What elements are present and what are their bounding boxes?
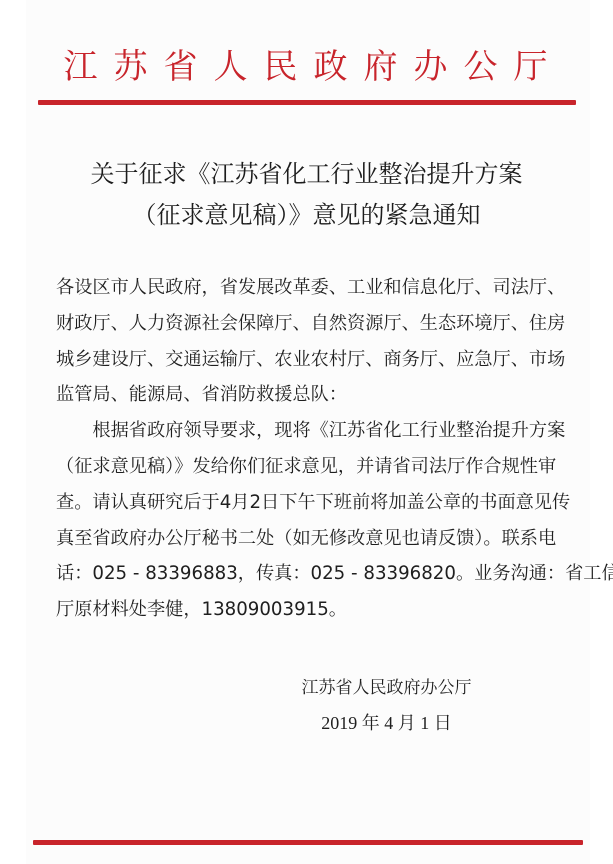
body-line: 财政厅、人力资源社会保障厅、自然资源厅、生态环境厅、住房 [56, 306, 566, 342]
body-line: 根据省政府领导要求，现将《江苏省化工行业整治提升方案 [56, 413, 566, 449]
document-title-line-1: 关于征求《江苏省化工行业整治提升方案 [0, 159, 613, 189]
body-line: 查。请认真研究后于4月2日下午下班前将加盖公章的书面意见传 [56, 485, 566, 521]
body-line: 话：025 - 83396883，传真：025 - 83396820。业务沟通：… [56, 556, 566, 592]
document-title-line-2: （征求意见稿）》意见的紧急通知 [0, 200, 613, 230]
signature-org: 江苏省人民政府办公厅 [0, 675, 613, 701]
header-red-rule [38, 100, 576, 105]
notice-body: 各设区市人民政府，省发展改革委、工业和信息化厅、司法厅、 财政厅、人力资源社会保… [56, 270, 566, 628]
body-line: 监管局、能源局、省消防救援总队： [56, 377, 566, 413]
body-line: 真至省政府办公厅秘书二处（如无修改意见也请反馈）。联系电 [56, 521, 566, 557]
body-line: 厅原材料处李健，13809003915。 [56, 592, 566, 628]
body-line: 城乡建设厅、交通运输厅、农业农村厅、商务厅、应急厅、市场 [56, 342, 566, 378]
footer-red-rule [33, 840, 583, 845]
body-line: （征求意见稿）》发给你们征求意见，并请省司法厅作合规性审 [56, 449, 566, 485]
signature-date: 2019 年 4 月 1 日 [0, 710, 613, 736]
issuer-header: 江苏省人民政府办公厅 [0, 42, 613, 92]
body-line: 各设区市人民政府，省发展改革委、工业和信息化厅、司法厅、 [56, 270, 566, 306]
